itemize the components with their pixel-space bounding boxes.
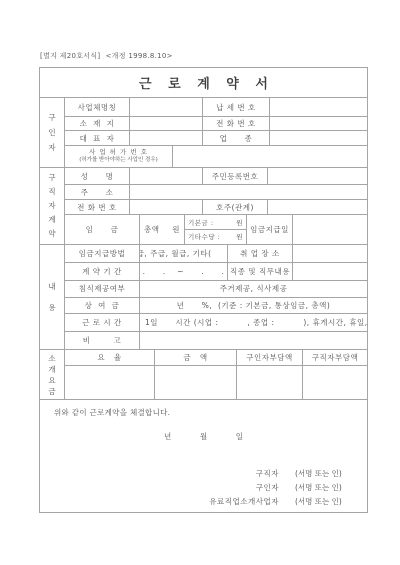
agency-signature-label: 유료직업소개사업자	[209, 496, 279, 507]
allowance-subrow: 기타수당 : 원	[185, 230, 246, 244]
employer-group-label: 구인자	[40, 98, 65, 167]
bonus-label: 상 여 금	[65, 298, 140, 314]
form-row: 소 재 지 전 화 번 호	[65, 117, 367, 131]
payday-label: 임금지급일	[247, 215, 293, 244]
fee-amount-header: 금 액	[155, 350, 237, 365]
document-page: [별지 제20호서식] <개정 1998.8.10> 근 로 계 약 서 구인자…	[0, 0, 400, 565]
fee-rate-header: 요 율	[65, 350, 155, 365]
wage-total-cell: 총액 원	[140, 215, 185, 244]
signature-block: 구직자 (서명 또는 인) 구인자 (서명 또는 인) 유료직업소개사업자 (서…	[40, 466, 367, 508]
tax-no-field	[270, 98, 367, 116]
date-line: 년 월 일	[40, 431, 367, 442]
permit-no-label: 사 업 허 가 번 호 (허가를 받아야하는 사업인 경우)	[65, 146, 173, 167]
jobseeker-name-field	[130, 168, 203, 184]
form-row: 성 명 주민등록번호	[65, 168, 367, 185]
tax-no-label: 납 세 번 호	[203, 98, 270, 116]
jobseeker-contract-section: 구직자계약 성 명 주민등록번호 주 소 전 화 번 호 호주(관계)	[40, 168, 367, 245]
form-row: 계 약 기 간 . . . ~ . . . 직종 및 직무내용	[65, 263, 367, 281]
content-rows: 임금지급방법 일급, 주급, 월급, 기타( ) 취 업 장 소 계 약 기 간…	[65, 245, 367, 349]
remarks-label: 비 고	[65, 332, 140, 349]
wage-total-unit: 원	[172, 224, 180, 235]
householder-field	[268, 200, 367, 214]
business-type-label: 업 종	[203, 131, 270, 145]
employer-signature-label: 구인자	[256, 482, 279, 493]
remarks-field	[140, 332, 367, 349]
workplace-label: 취 업 장 소	[228, 245, 293, 262]
bonus-field: 년 %, (기준 : 기본금, 통상임금, 총액)	[140, 298, 367, 314]
employer-address-field	[130, 117, 203, 130]
closing-statement: 위와 같이 근로계약을 체결합니다.	[40, 400, 367, 418]
fee-employer-share-field	[237, 366, 303, 399]
representative-field	[130, 131, 203, 145]
fee-rate-field	[65, 366, 155, 399]
allowance-unit: 원	[236, 232, 243, 241]
referral-fee-group-label: 소개요금	[40, 350, 65, 399]
wage-row: 임 금 총액 원 기본금 : 원 기타수당 : 원	[65, 215, 367, 244]
contract-period-label: 계 약 기 간	[65, 263, 140, 280]
fee-jobseeker-share-field	[303, 366, 367, 399]
payment-method-label: 임금지급방법	[65, 245, 140, 262]
form-title: 근 로 계 약 서	[40, 68, 367, 98]
signature-row-jobseeker: 구직자 (서명 또는 인)	[40, 466, 367, 480]
workplace-field	[293, 245, 367, 262]
job-description-field	[293, 263, 367, 280]
jobseeker-phone-field	[130, 200, 203, 214]
jobseeker-contract-group-label: 구직자계약	[40, 168, 65, 244]
householder-label: 호주(관계)	[203, 200, 268, 214]
jobseeker-signature-label: 구직자	[256, 468, 279, 479]
base-pay-unit: 원	[236, 218, 243, 227]
form-row: 사업체명칭 납 세 번 호	[65, 98, 367, 117]
board-lodging-label: 침식제공여부	[65, 281, 140, 297]
base-pay-label: 기본금 :	[188, 218, 214, 227]
contract-period-field: . . . ~ . . .	[140, 263, 228, 280]
fee-amount-field	[155, 366, 237, 399]
agency-signature-seal-note: (서명 또는 인)	[295, 496, 359, 507]
employer-section: 구인자 사업체명칭 납 세 번 호 소 재 지 전 화 번 호 대 표 자	[40, 98, 367, 168]
form-row: 사 업 허 가 번 호 (허가를 받아야하는 사업인 경우)	[65, 146, 367, 167]
fee-value-row	[65, 366, 367, 399]
form-row: 상 여 금 년 %, (기준 : 기본금, 통상임금, 총액)	[65, 298, 367, 315]
fee-employer-share-header: 구인자부담액	[237, 350, 303, 365]
jobseeker-phone-label: 전 화 번 호	[65, 200, 130, 214]
fee-jobseeker-share-header: 구직자부담액	[303, 350, 367, 365]
form-row: 주 소	[65, 185, 367, 200]
labor-contract-form: 근 로 계 약 서 구인자 사업체명칭 납 세 번 호 소 재 지 전 화 번 …	[39, 67, 368, 513]
form-row: 비 고	[65, 332, 367, 349]
payment-method-options: 일급, 주급, 월급, 기타( )	[140, 245, 228, 262]
closing-section: 위와 같이 근로계약을 체결합니다. 년 월 일 구직자 (서명 또는 인) 구…	[40, 400, 367, 512]
form-row: 임금지급방법 일급, 주급, 월급, 기타( ) 취 업 장 소	[65, 245, 367, 263]
jobseeker-address-field	[130, 185, 367, 199]
jobseeker-name-label: 성 명	[65, 168, 130, 184]
jobseeker-address-label: 주 소	[65, 185, 130, 199]
business-type-field	[270, 131, 367, 145]
form-reference: [별지 제20호서식] <개정 1998.8.10>	[40, 51, 173, 61]
permit-no-label-line2: (허가를 받아야하는 사업인 경우)	[79, 157, 158, 164]
employer-rows: 사업체명칭 납 세 번 호 소 재 지 전 화 번 호 대 표 자 업 종	[65, 98, 367, 167]
permit-no-field	[173, 146, 367, 167]
form-row: 침식제공여부 주거제공, 식사제공	[65, 281, 367, 298]
content-group-label: 내용	[40, 245, 65, 349]
representative-label: 대 표 자	[65, 131, 130, 145]
referral-fee-rows: 요 율 금 액 구인자부담액 구직자부담액	[65, 350, 367, 399]
fee-header-row: 요 율 금 액 구인자부담액 구직자부담액	[65, 350, 367, 366]
signature-row-employer: 구인자 (서명 또는 인)	[40, 480, 367, 494]
wage-total-label: 총액	[144, 224, 160, 235]
employer-signature-seal-note: (서명 또는 인)	[295, 482, 359, 493]
wage-label: 임 금	[65, 215, 140, 244]
form-row: 근 로 시 간 1일 시간 (시업 : , 종업 : ), 휴게시간, 휴일, …	[65, 314, 367, 332]
wage-breakdown-cell: 기본금 : 원 기타수당 : 원	[185, 215, 247, 244]
business-name-field	[130, 98, 203, 116]
allowance-label: 기타수당 :	[188, 232, 220, 241]
signature-row-agency: 유료직업소개사업자 (서명 또는 인)	[40, 494, 367, 508]
jobseeker-rows: 성 명 주민등록번호 주 소 전 화 번 호 호주(관계) 임	[65, 168, 367, 244]
jobseeker-signature-seal-note: (서명 또는 인)	[295, 468, 359, 479]
working-hours-field: 1일 시간 (시업 : , 종업 : ), 휴게시간, 휴일, 휴가	[140, 314, 367, 331]
employer-phone-field	[270, 117, 367, 130]
form-row: 대 표 자 업 종	[65, 131, 367, 146]
working-hours-label: 근 로 시 간	[65, 314, 140, 331]
permit-no-label-line1: 사 업 허 가 번 호	[89, 148, 148, 157]
resident-no-label: 주민등록번호	[203, 168, 268, 184]
contract-content-section: 내용 임금지급방법 일급, 주급, 월급, 기타( ) 취 업 장 소 계 약 …	[40, 245, 367, 350]
form-row: 전 화 번 호 호주(관계)	[65, 200, 367, 215]
employer-phone-label: 전 화 번 호	[203, 117, 270, 130]
resident-no-field	[268, 168, 367, 184]
job-description-label: 직종 및 직무내용	[228, 263, 293, 280]
board-lodging-options: 주거제공, 식사제공	[140, 281, 367, 297]
referral-fee-section: 소개요금 요 율 금 액 구인자부담액 구직자부담액	[40, 350, 367, 400]
employer-address-label: 소 재 지	[65, 117, 130, 130]
base-pay-subrow: 기본금 : 원	[185, 216, 246, 230]
business-name-label: 사업체명칭	[65, 98, 130, 116]
payday-field	[293, 215, 367, 244]
